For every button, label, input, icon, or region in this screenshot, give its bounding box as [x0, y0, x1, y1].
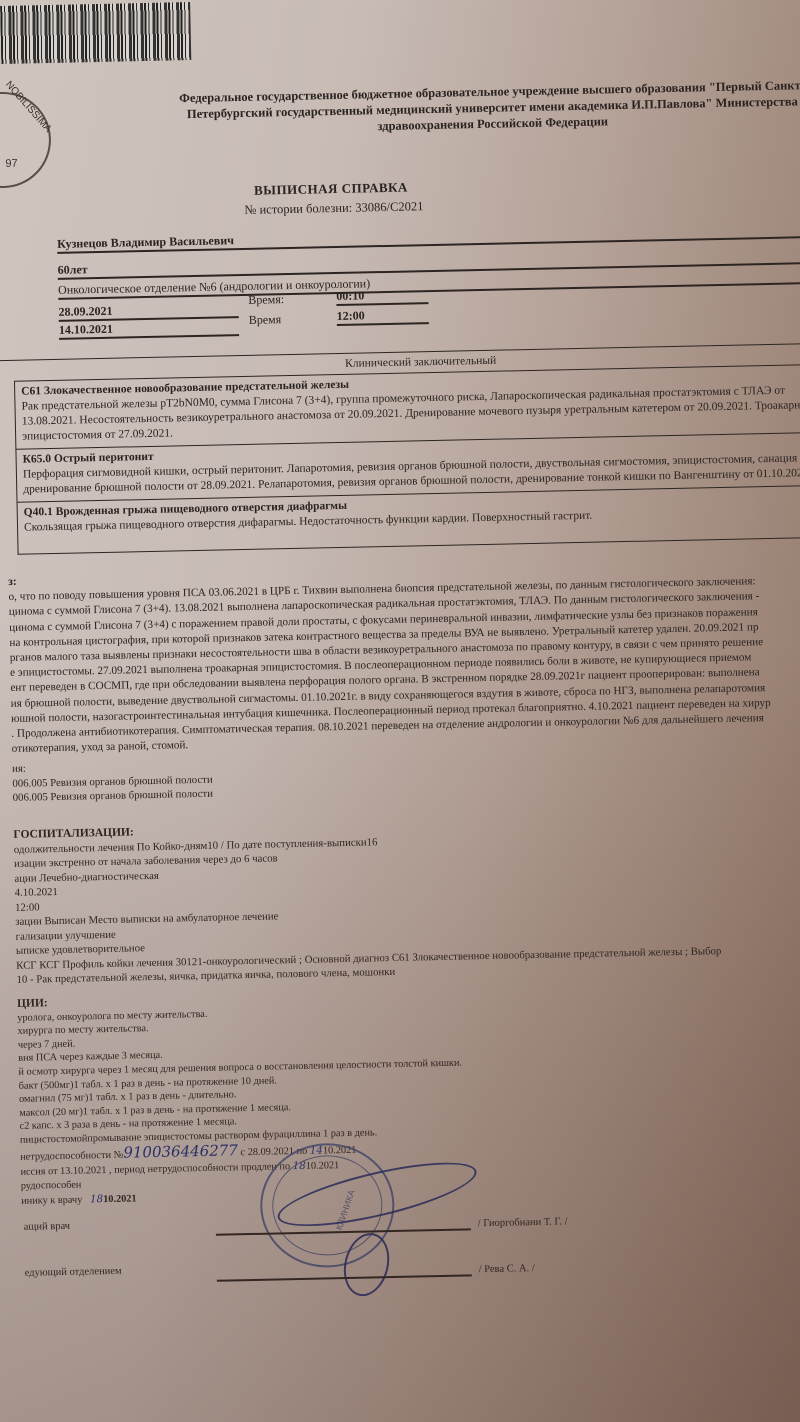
- anamnesis: з: о, что по поводу повышения уровня ПСА…: [8, 558, 800, 758]
- logo-motto: NOBILISSIMA: [3, 79, 53, 134]
- barcode: [0, 2, 191, 64]
- history-label: № истории болезни:: [244, 201, 352, 217]
- sick-leave-number: 910036446277: [123, 1141, 238, 1161]
- discharge-date: 14.10.2021: [59, 319, 239, 340]
- university-logo: NOBILISSIMA 97: [0, 91, 52, 189]
- visit-day: 18: [90, 1193, 103, 1205]
- hospitalization: ГОСПИТАЛИЗАЦИИ: одолжительности лечения …: [13, 813, 722, 987]
- operation-item: 006.005 Ревизия органов брюшной полости: [13, 787, 214, 806]
- sick-leave-prefix: нетрудоспособности №: [20, 1150, 123, 1163]
- history-number: № истории болезни: 33086/С2021: [244, 199, 423, 218]
- logo-year: 97: [5, 158, 17, 170]
- discharge-time: 12:00: [337, 307, 429, 326]
- admission-time-label: Время:: [248, 292, 284, 308]
- operations: ия: 006.005 Ревизия органов брюшной поло…: [12, 758, 213, 806]
- admission-time: 00:10: [336, 287, 428, 306]
- discharge-time-label: Время: [249, 312, 282, 328]
- head-name: / Рева С. А. /: [479, 1263, 535, 1275]
- organization-name: Федеральное государственное бюджетное об…: [152, 77, 800, 139]
- history-value: 33086/С2021: [355, 199, 423, 214]
- doctor-label: ащий врач: [24, 1221, 71, 1233]
- document-title: ВЫПИСНАЯ СПРАВКА: [254, 180, 408, 199]
- visit-text: инику к врачу: [21, 1195, 82, 1207]
- discharge-document: NOBILISSIMA 97 Федеральное государственн…: [0, 0, 800, 1422]
- diagnosis-table: Клинический заключительный С61 Злокачест…: [0, 343, 800, 555]
- head-label: едующий отделением: [25, 1266, 122, 1279]
- recommendations: ЦИИ: уролога, онкоуролога по месту жител…: [17, 989, 464, 1148]
- doctor-name: / Гиоргобиани Т. Г. /: [478, 1216, 568, 1229]
- visit-suffix: 10.2021: [103, 1193, 137, 1205]
